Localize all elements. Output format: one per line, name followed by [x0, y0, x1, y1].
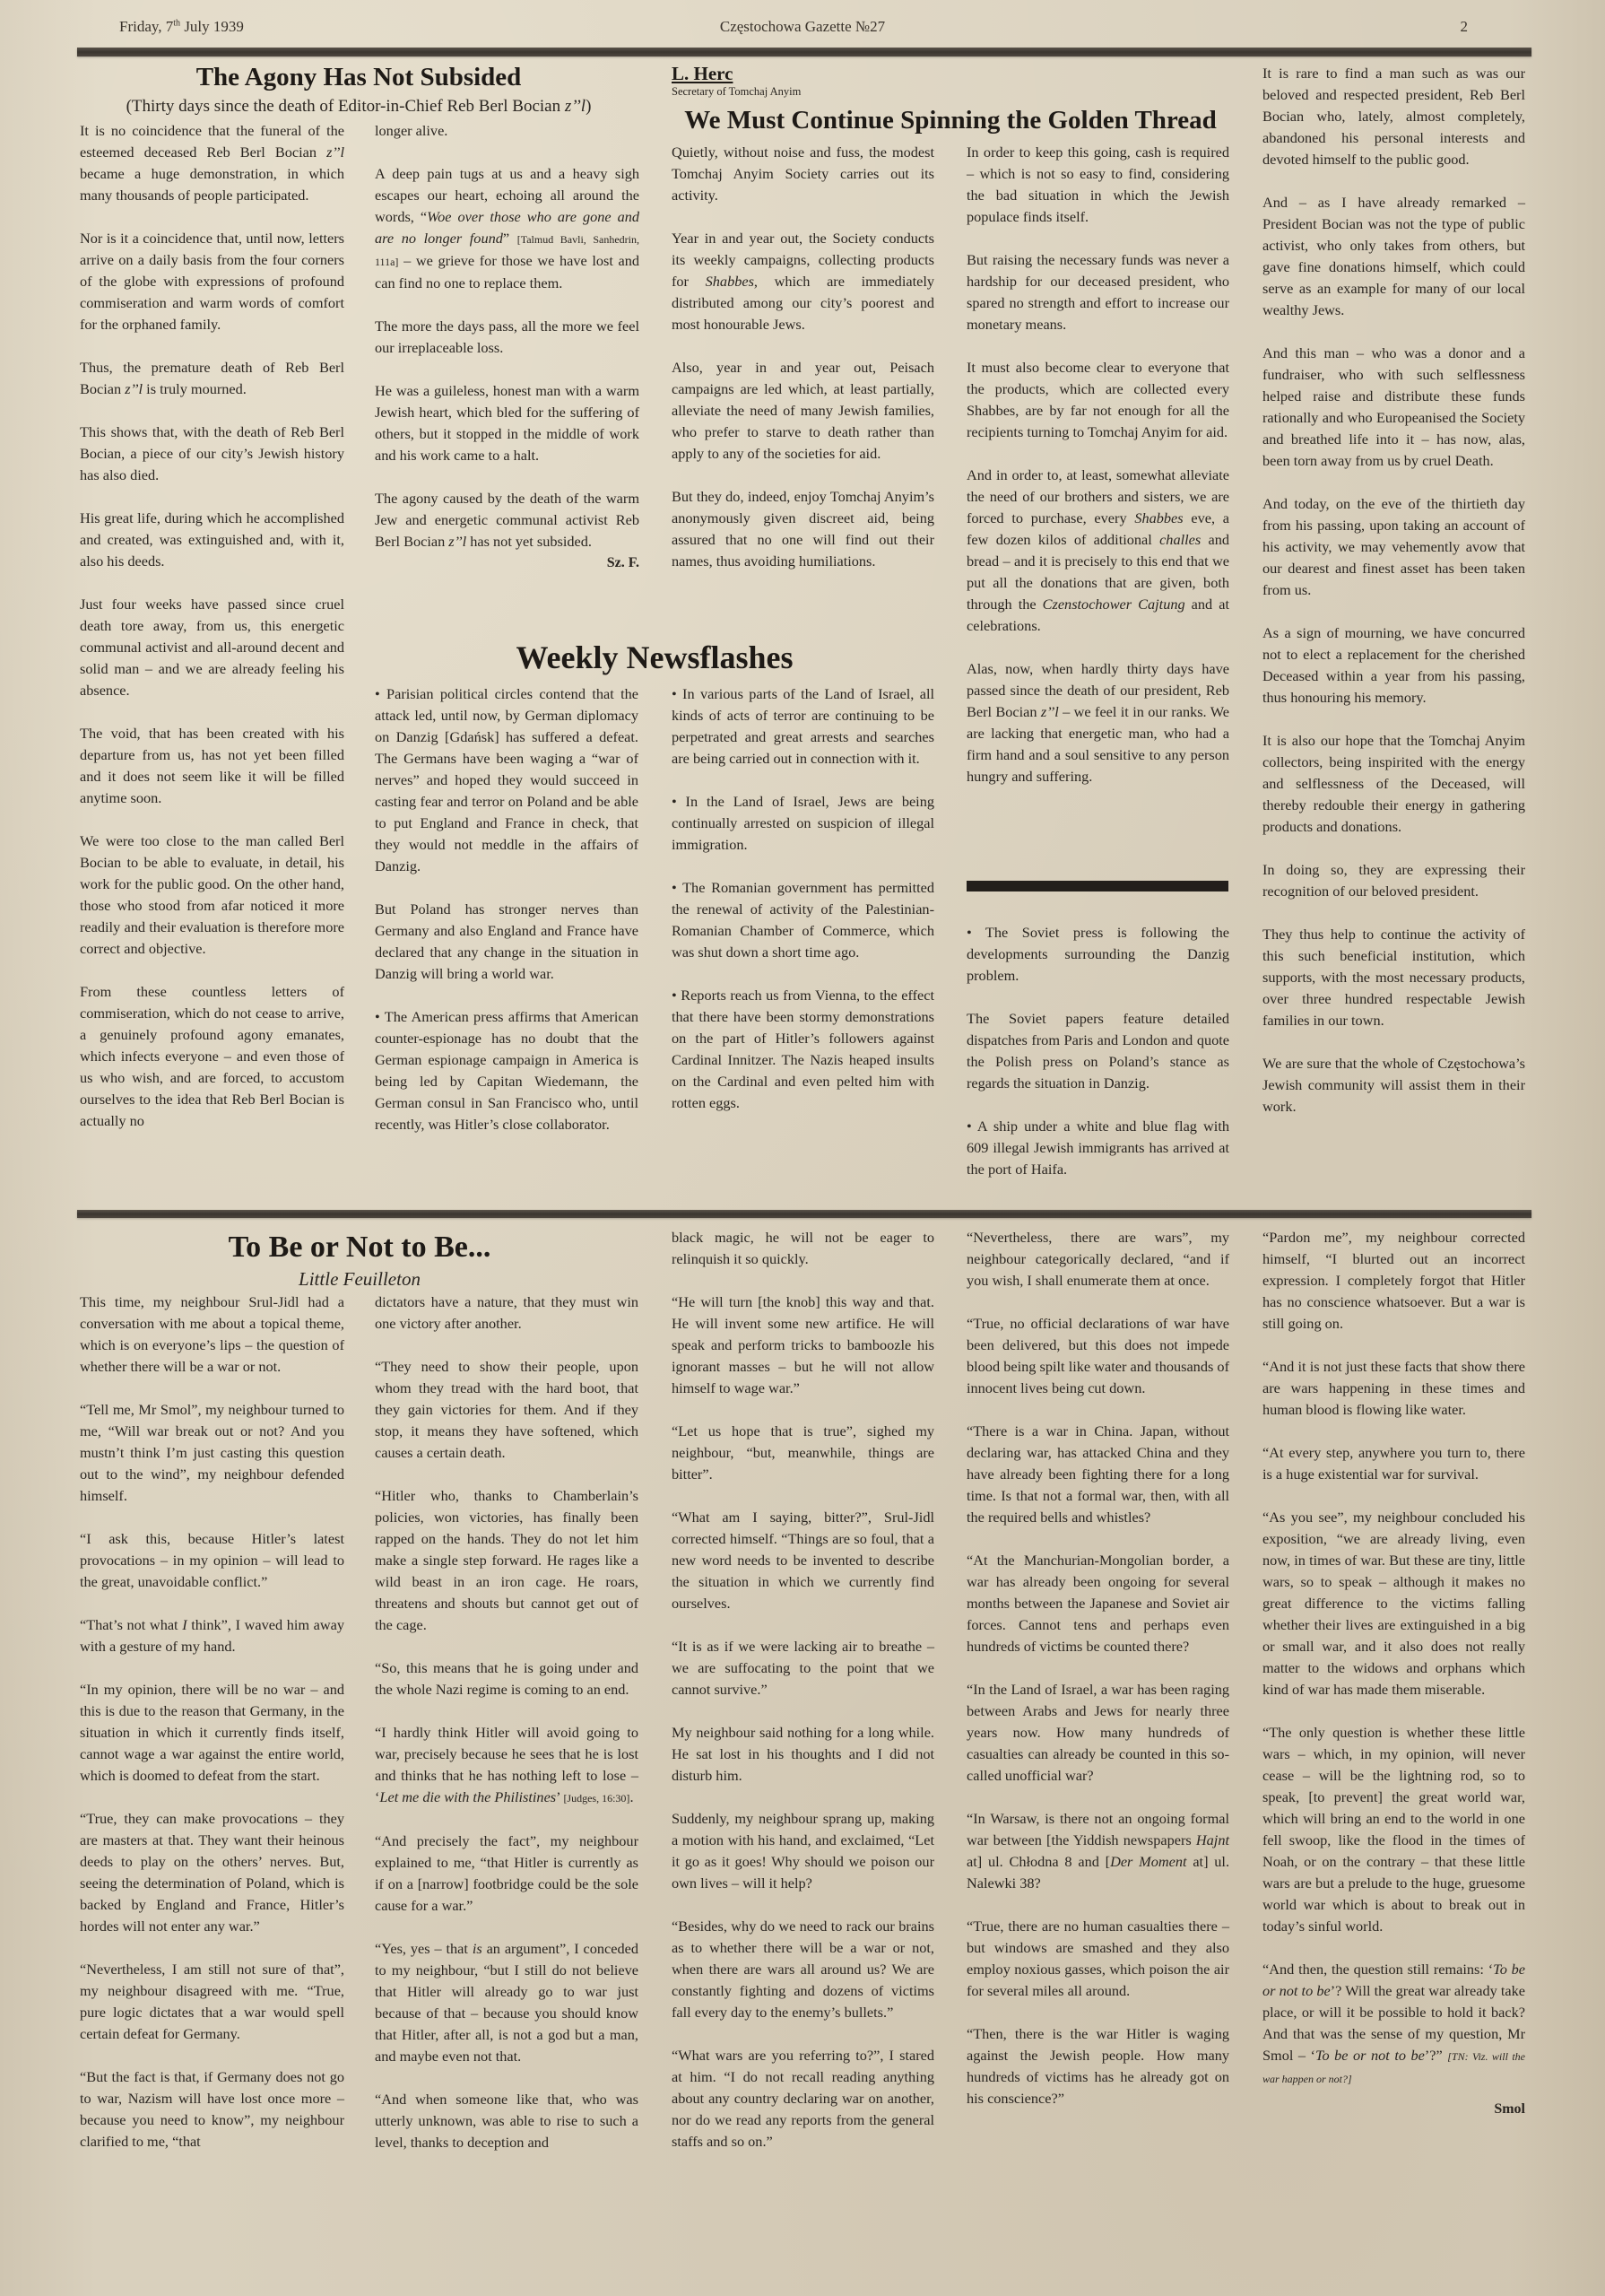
- paragraph: The agony caused by the death of the war…: [375, 488, 639, 552]
- byline-name: L. Herc: [672, 63, 801, 85]
- paragraph: Just four weeks have passed since cruel …: [80, 594, 344, 701]
- paragraph: The more the days pass, all the more we …: [375, 316, 639, 359]
- paragraph: “At the Manchurian-Mongolian border, a w…: [967, 1550, 1229, 1657]
- paragraph: “Besides, why do we need to rack our bra…: [672, 1916, 934, 2023]
- paragraph: “True, no official declarations of war h…: [967, 1313, 1229, 1399]
- paragraph: • The Soviet press is following the deve…: [967, 922, 1229, 987]
- paragraph: But Poland has stronger nerves than Germ…: [375, 899, 638, 985]
- paragraph: “There is a war in China. Japan, without…: [967, 1421, 1229, 1528]
- paragraph: black magic, he will not be eager to rel…: [672, 1227, 934, 1270]
- paragraph: This shows that, with the death of Reb B…: [80, 422, 344, 486]
- paragraph: “It is as if we were lacking air to brea…: [672, 1636, 934, 1700]
- paragraph: They thus help to continue the activity …: [1262, 924, 1525, 1031]
- paragraph: Suddenly, my neighbour sprang up, making…: [672, 1808, 934, 1894]
- paragraph: Alas, now, when hardly thirty days have …: [967, 658, 1229, 787]
- paragraph: “Nevertheless, there are wars”, my neigh…: [967, 1227, 1229, 1291]
- article-agony-column-2: longer alive.A deep pain tugs at us and …: [375, 120, 639, 574]
- newspaper-page: Friday, 7th July 1939 Częstochowa Gazett…: [0, 0, 1605, 2296]
- paragraph: “They need to show their people, upon wh…: [375, 1356, 638, 1464]
- byline-role: Secretary of Tomchaj Anyim: [672, 85, 801, 99]
- article-thread-column-1: Quietly, without noise and fuss, the mod…: [672, 142, 934, 572]
- paragraph: • The American press affirms that Americ…: [375, 1006, 638, 1135]
- newsflashes-column-1: • Parisian political circles contend tha…: [375, 683, 638, 1135]
- paragraph: • Reports reach us from Vienna, to the e…: [672, 985, 934, 1114]
- paragraph: But raising the necessary funds was neve…: [967, 249, 1229, 335]
- article-thread-byline: L. Herc Secretary of Tomchaj Anyim: [672, 63, 801, 99]
- paragraph: “What am I saying, bitter?”, Srul-Jidl c…: [672, 1507, 934, 1614]
- paragraph: Year in and year out, the Society conduc…: [672, 228, 934, 335]
- paragraph: “Hitler who, thanks to Chamberlain’s pol…: [375, 1485, 638, 1636]
- paragraph: “Then, there is the war Hitler is waging…: [967, 2023, 1229, 2109]
- paragraph: • In the Land of Israel, Jews are being …: [672, 791, 934, 856]
- paragraph: “Yes, yes – that is an argument”, I conc…: [375, 1938, 638, 2067]
- section-divider-bar: [967, 881, 1228, 891]
- paragraph: And this man – who was a donor and a fun…: [1262, 343, 1525, 472]
- paragraph: • Parisian political circles contend tha…: [375, 683, 638, 877]
- article-thread-column-2: In order to keep this going, cash is req…: [967, 142, 1229, 787]
- paragraph: His great life, during which he accompli…: [80, 508, 344, 572]
- paragraph: It is also our hope that the Tomchaj Any…: [1262, 730, 1525, 838]
- paragraph: Quietly, without noise and fuss, the mod…: [672, 142, 934, 206]
- paragraph: “And when someone like that, who was utt…: [375, 2089, 638, 2153]
- paragraph: • A ship under a white and blue flag wit…: [967, 1116, 1229, 1180]
- paragraph: And in order to, at least, somewhat alle…: [967, 465, 1229, 637]
- paragraph: “I ask this, because Hitler’s latest pro…: [80, 1528, 344, 1593]
- paragraph: “And precisely the fact”, my neighbour e…: [375, 1831, 638, 1917]
- feuilleton-signature: Smol: [1262, 2099, 1525, 2120]
- paragraph: It must also become clear to everyone th…: [967, 357, 1229, 443]
- paragraph: “But the fact is that, if Germany does n…: [80, 2066, 344, 2152]
- newsflashes-column-2: • In various parts of the Land of Israel…: [672, 683, 934, 1114]
- feuilleton-subtitle: Little Feuilleton: [80, 1268, 639, 1291]
- paragraph: “And it is not just these facts that sho…: [1262, 1356, 1525, 1421]
- paragraph: And today, on the eve of the thirtieth d…: [1262, 493, 1525, 601]
- paragraph: The void, that has been created with his…: [80, 723, 344, 809]
- paragraph: We are sure that the whole of Częstochow…: [1262, 1053, 1525, 1118]
- article-thread-title: We Must Continue Spinning the Golden Thr…: [672, 106, 1229, 135]
- paragraph: This time, my neighbour Srul-Jidl had a …: [80, 1291, 344, 1378]
- paragraph: In doing so, they are expressing their r…: [1262, 859, 1525, 902]
- article-thread-column-3: It is rare to find a man such as was our…: [1262, 63, 1525, 1118]
- feuilleton-column-2: dictators have a nature, that they must …: [375, 1291, 638, 2153]
- article-agony-column-1: It is no coincidence that the funeral of…: [80, 120, 344, 1132]
- article-agony-signature: Sz. F.: [375, 552, 639, 574]
- paragraph: “And then, the question still remains: ‘…: [1262, 1959, 1525, 2090]
- article-agony-subtitle: (Thirty days since the death of Editor-i…: [81, 97, 637, 117]
- newsflashes-title: Weekly Newsflashes: [375, 639, 934, 676]
- top-rule: [77, 48, 1531, 57]
- paragraph: He was a guileless, honest man with a wa…: [375, 380, 639, 466]
- paragraph: “I hardly think Hitler will avoid going …: [375, 1722, 638, 1809]
- paragraph: “The only question is whether these litt…: [1262, 1722, 1525, 1937]
- paragraph: • The Romanian government has permitted …: [672, 877, 934, 963]
- paragraph: “In the Land of Israel, a war has been r…: [967, 1679, 1229, 1787]
- paragraph: Thus, the premature death of Reb Berl Bo…: [80, 357, 344, 400]
- paragraph: We were too close to the man called Berl…: [80, 831, 344, 960]
- paragraph: “As you see”, my neighbour concluded his…: [1262, 1507, 1525, 1700]
- paragraph: It is rare to find a man such as was our…: [1262, 63, 1525, 170]
- paragraph: “Let us hope that is true”, sighed my ne…: [672, 1421, 934, 1485]
- newsflashes-column-3: • The Soviet press is following the deve…: [967, 922, 1229, 1180]
- paragraph: dictators have a nature, that they must …: [375, 1291, 638, 1335]
- paragraph: “Nevertheless, I am still not sure of th…: [80, 1959, 344, 2045]
- paragraph: Nor is it a coincidence that, until now,…: [80, 228, 344, 335]
- paragraph: From these countless letters of commiser…: [80, 981, 344, 1132]
- page-number: 2: [1461, 18, 1469, 36]
- paragraph: The Soviet papers feature detailed dispa…: [967, 1008, 1229, 1094]
- paragraph: Also, year in and year out, Peisach camp…: [672, 357, 934, 465]
- paragraph: • In various parts of the Land of Israel…: [672, 683, 934, 770]
- publication-title: Częstochowa Gazette №27: [119, 18, 1486, 36]
- paragraph: A deep pain tugs at us and a heavy sigh …: [375, 163, 639, 294]
- feuilleton-column-5: “Pardon me”, my neighbour corrected hims…: [1262, 1227, 1525, 2120]
- feuilleton-column-3: black magic, he will not be eager to rel…: [672, 1227, 934, 2152]
- paragraph: “He will turn [the knob] this way and th…: [672, 1291, 934, 1399]
- running-head: Friday, 7th July 1939 Częstochowa Gazett…: [119, 18, 1486, 41]
- feuilleton-column-4: “Nevertheless, there are wars”, my neigh…: [967, 1227, 1229, 2109]
- feuilleton-title: To Be or Not to Be...: [80, 1231, 639, 1265]
- paragraph: But they do, indeed, enjoy Tomchaj Anyim…: [672, 486, 934, 572]
- paragraph: “Pardon me”, my neighbour corrected hims…: [1262, 1227, 1525, 1335]
- feuilleton-column-1: This time, my neighbour Srul-Jidl had a …: [80, 1291, 344, 2152]
- paragraph: My neighbour said nothing for a long whi…: [672, 1722, 934, 1787]
- article-agony-title: The Agony Has Not Subsided: [81, 63, 637, 92]
- paragraph: In order to keep this going, cash is req…: [967, 142, 1229, 228]
- paragraph: And – as I have already remarked – Presi…: [1262, 192, 1525, 321]
- paragraph: longer alive.: [375, 120, 639, 142]
- paragraph: “What wars are you referring to?”, I sta…: [672, 2045, 934, 2152]
- paragraph: “In my opinion, there will be no war – a…: [80, 1679, 344, 1787]
- paragraph: “Tell me, Mr Smol”, my neighbour turned …: [80, 1399, 344, 1507]
- paragraph: It is no coincidence that the funeral of…: [80, 120, 344, 206]
- paragraph: “True, there are no human casualties the…: [967, 1916, 1229, 2002]
- paragraph: “True, they can make provocations – they…: [80, 1808, 344, 1937]
- paragraph: “At every step, anywhere you turn to, th…: [1262, 1442, 1525, 1485]
- middle-rule: [77, 1210, 1531, 1218]
- paragraph: As a sign of mourning, we have concurred…: [1262, 622, 1525, 709]
- paragraph: “In Warsaw, is there not an ongoing form…: [967, 1808, 1229, 1894]
- paragraph: “So, this means that he is going under a…: [375, 1657, 638, 1700]
- paragraph: “That’s not what I think”, I waved him a…: [80, 1614, 344, 1657]
